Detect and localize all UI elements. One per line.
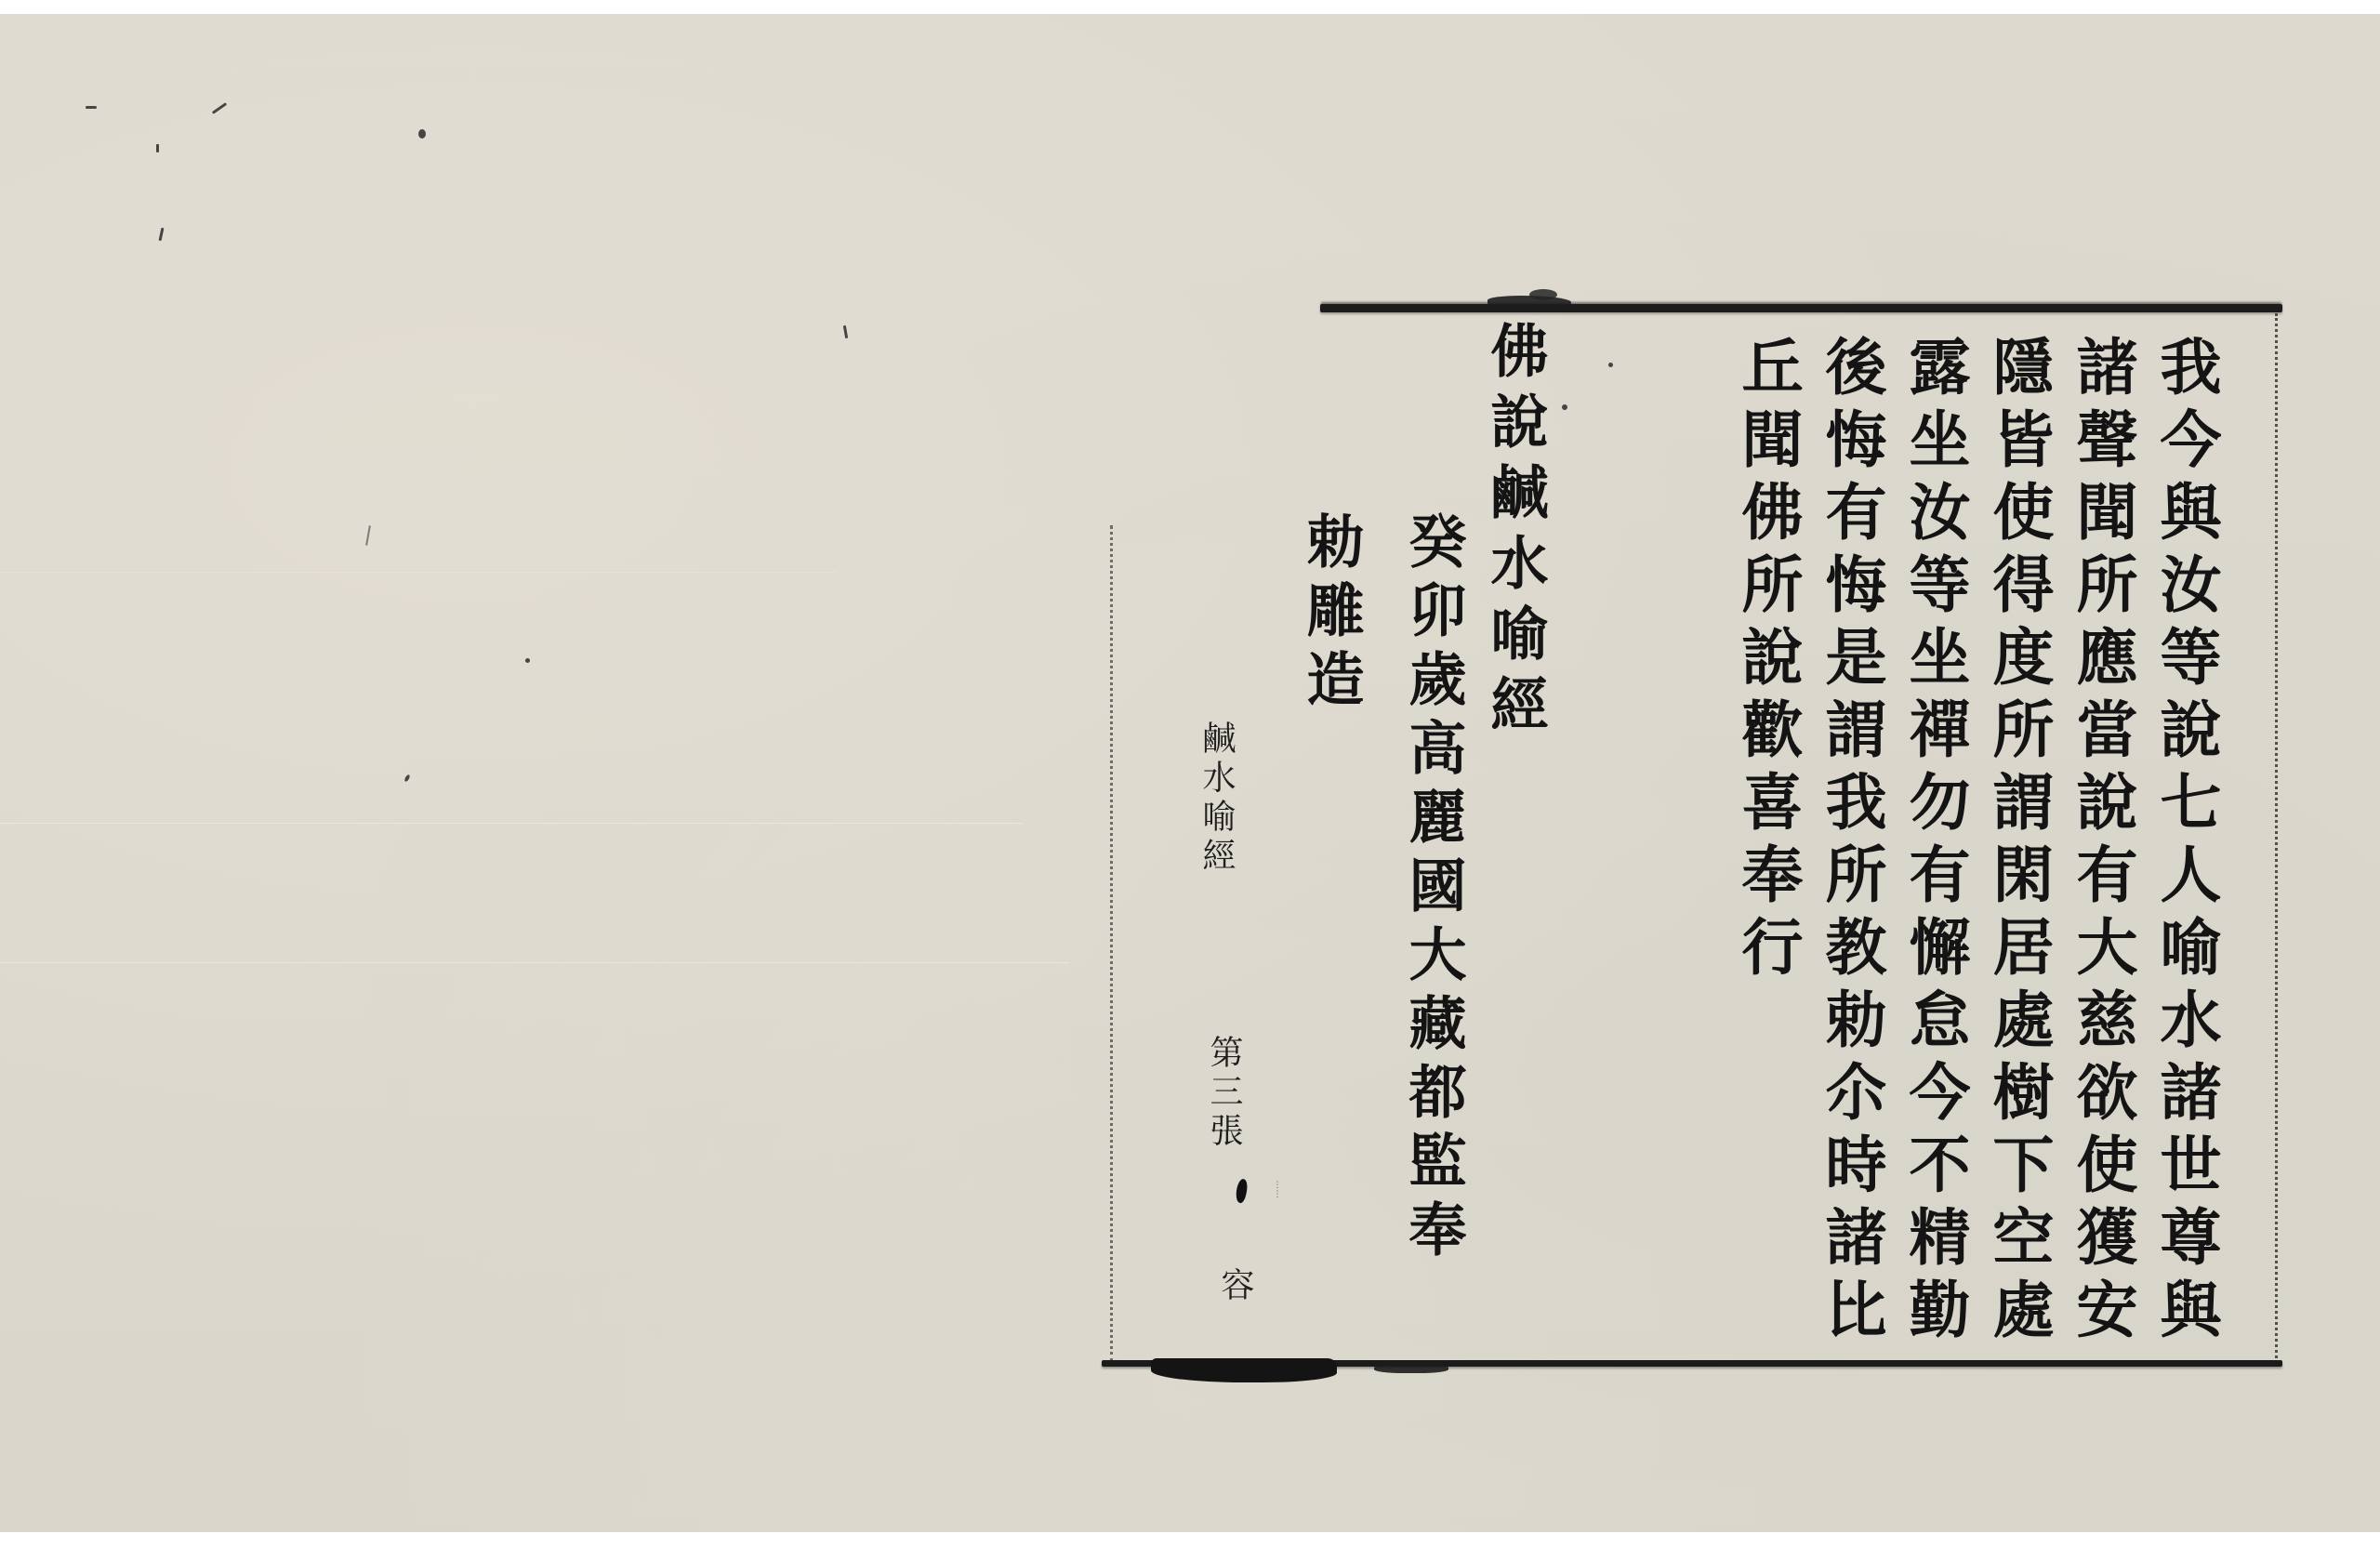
paper-speck (843, 325, 848, 338)
colophon-line-2: 勅雕造 (1302, 511, 1359, 718)
frame-left-border (1110, 525, 1113, 1362)
text-column-5: 後悔有悔是謂我所教勅尒時諸比 (1820, 335, 1882, 1350)
ink-dot-mark (1234, 1178, 1249, 1204)
paper-page: 我今與汝等說七人喻水諸世尊與 諸聲聞所應當說有大慈欲使獲安 隱皆使得度所謂閑居處… (0, 14, 2380, 1532)
margin-sheet-number: 第三張 (1207, 1035, 1240, 1152)
margin-carver-mark: 容 (1218, 1267, 1251, 1306)
frame-top-ink-blot (1487, 296, 1571, 307)
tiny-carved-marks: ⋮⋮ (1266, 1181, 1281, 1199)
text-column-2: 諸聲聞所應當說有大慈欲使獲安 (2071, 335, 2133, 1350)
paper-speck (1608, 363, 1613, 367)
frame-bottom-ink-blot (1374, 1364, 1448, 1373)
paper-speck (159, 228, 165, 241)
margin-short-title: 鹹水喻經 (1199, 721, 1233, 877)
sutra-title: 佛說鹹水喻經 (1486, 321, 1543, 745)
paper-fiber-line (0, 572, 837, 573)
text-column-3: 隱皆使得度所謂閑居處樹下空處 (1988, 335, 2049, 1350)
paper-speck (418, 129, 426, 139)
frame-top-rule (1320, 304, 2282, 312)
paper-speck (1562, 404, 1567, 410)
text-column-1: 我今與汝等說七人喻水諸世尊與 (2155, 335, 2216, 1350)
frame-right-border (2275, 313, 2278, 1364)
paper-speck (156, 144, 159, 152)
paper-speck (403, 774, 410, 783)
paper-fiber-line (0, 962, 1069, 963)
paper-speck (525, 658, 530, 663)
text-column-6: 丘聞佛所說歡喜奉行 (1737, 335, 1798, 987)
text-column-4: 露坐汝等坐禪勿有懈怠今不精勤 (1904, 335, 1965, 1350)
frame-bottom-ink-blot (1151, 1358, 1337, 1382)
paper-speck (86, 106, 97, 109)
paper-speck (212, 102, 227, 114)
colophon-line-1: 癸卯歲高麗國大藏都監奉 (1404, 511, 1461, 1268)
paper-speck (365, 525, 371, 546)
frame-top-ink-blot (1529, 289, 1557, 300)
paper-fiber-line (0, 823, 1023, 824)
